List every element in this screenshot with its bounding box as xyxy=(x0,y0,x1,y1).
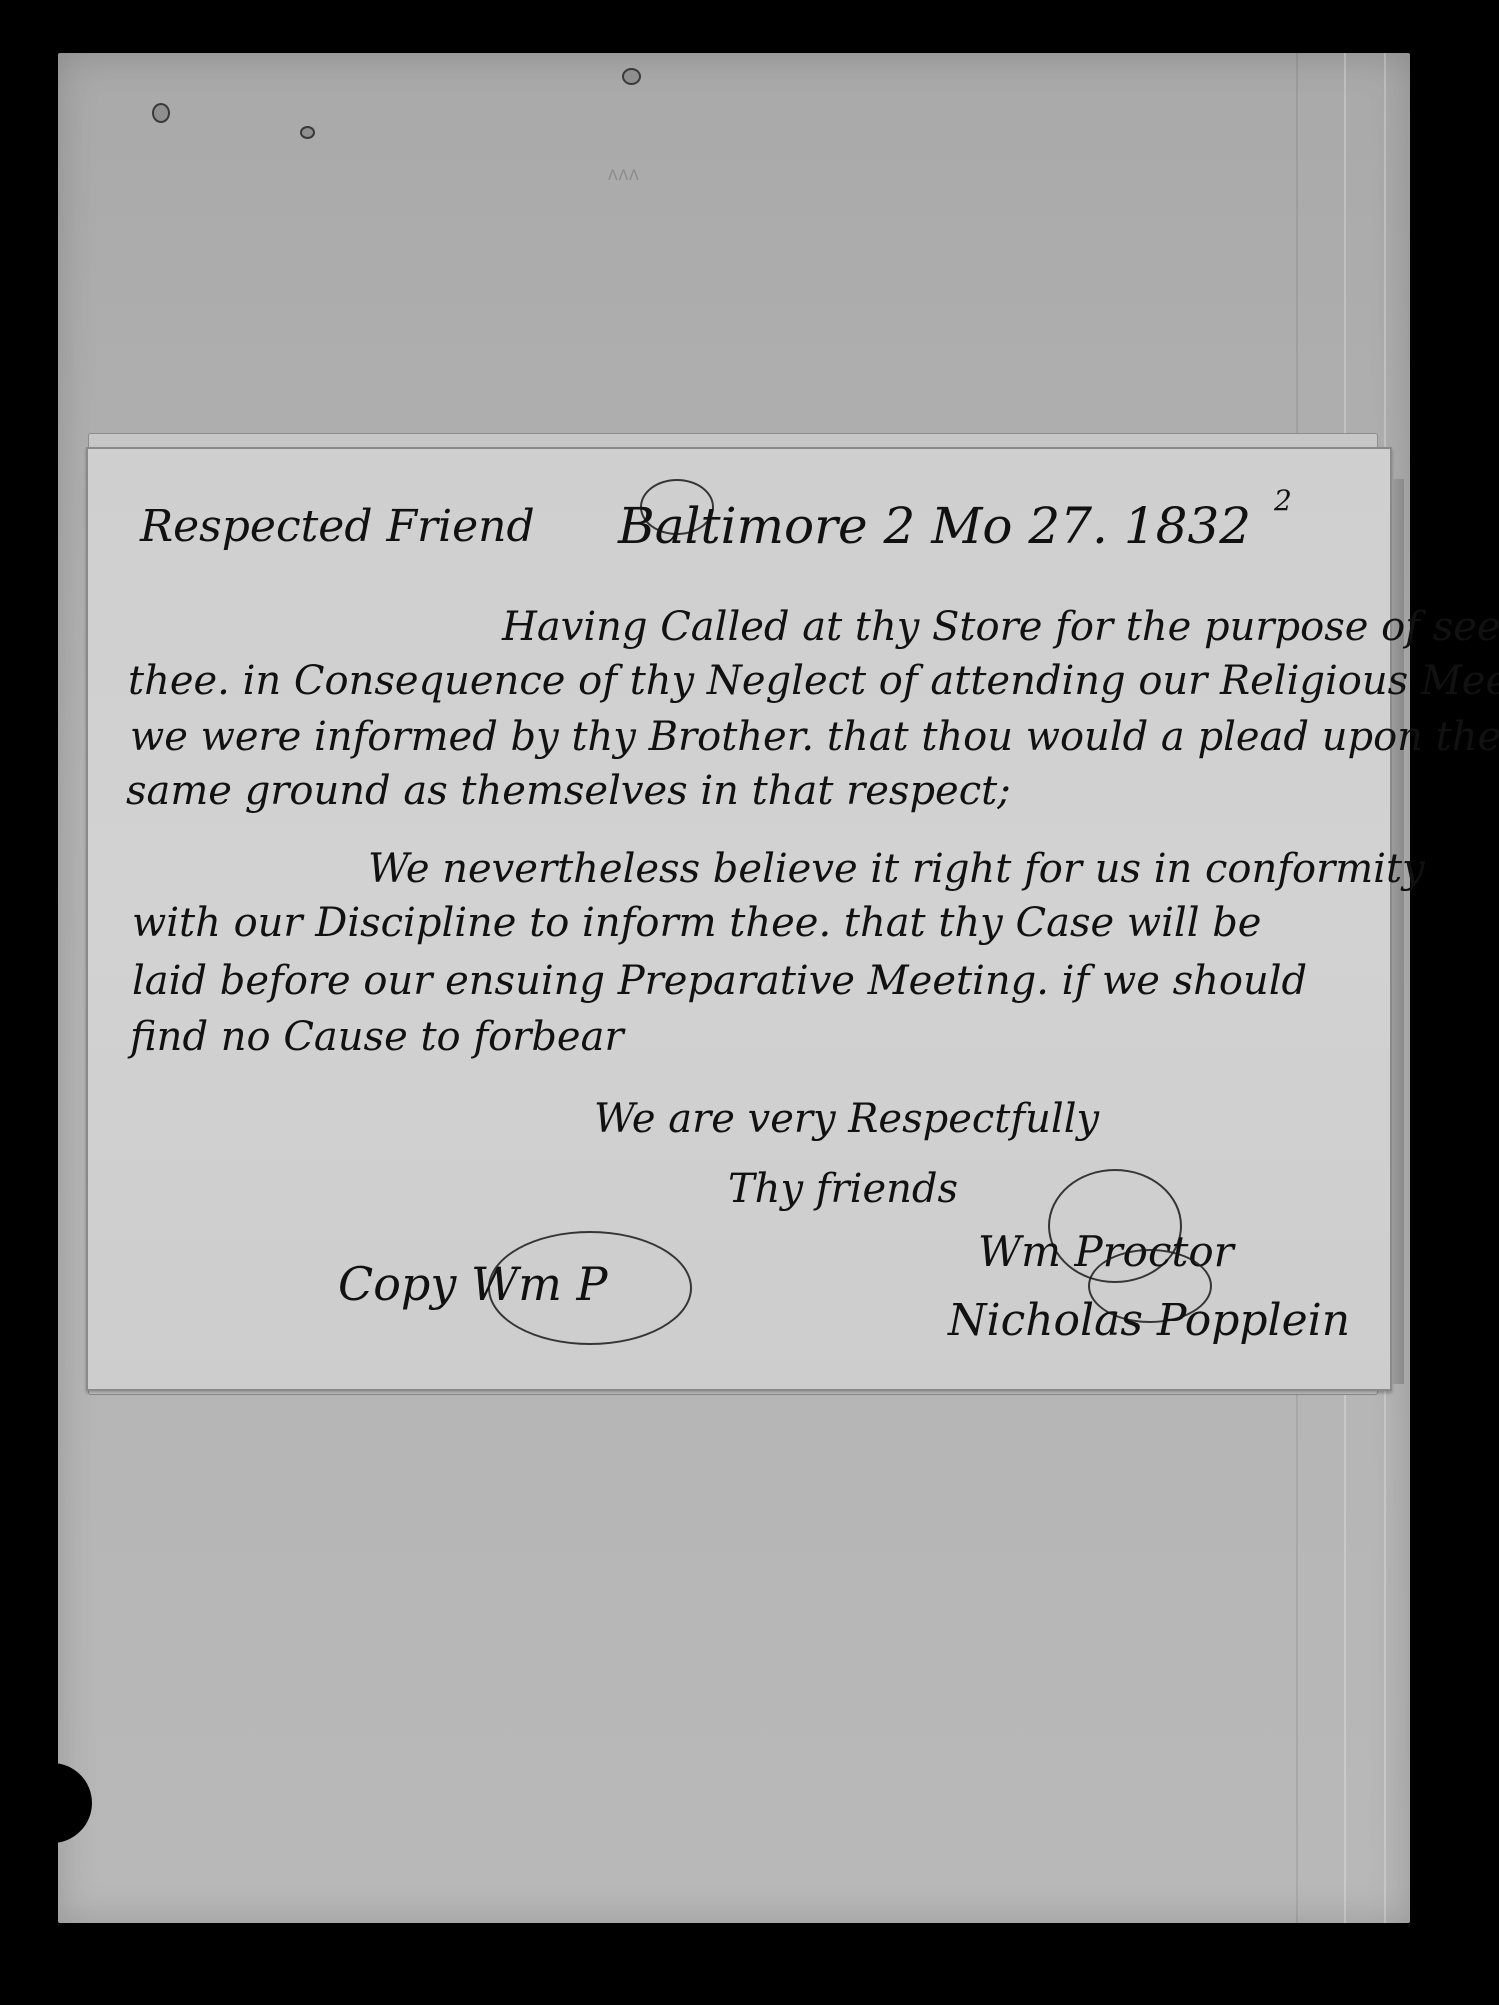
letter-page: 2 Respected Friend Baltimore 2 Mo 27. 18… xyxy=(86,447,1392,1391)
torn-corner-notch xyxy=(52,1763,92,1843)
signoff-line: Thy friends xyxy=(728,1169,958,1209)
body-line: We nevertheless believe it right for us … xyxy=(368,849,1425,889)
closing-line: We are very Respectfully xyxy=(594,1099,1099,1139)
body-line: thee. in Consequence of thy Neglect of a… xyxy=(128,661,1499,701)
page-number-mark: 2 xyxy=(1274,487,1292,515)
body-line: same ground as themselves in that respec… xyxy=(126,771,1011,811)
place-date-line: Baltimore 2 Mo 27. 1832 xyxy=(618,501,1251,551)
binding-hole-icon xyxy=(152,103,170,123)
body-line: find no Cause to forbear xyxy=(130,1017,624,1057)
binding-hole-icon xyxy=(622,68,641,85)
signature-nicholas-popplein: Nicholas Popplein xyxy=(948,1299,1350,1343)
body-line: with our Discipline to inform thee. that… xyxy=(132,903,1261,943)
faint-stamp-mark: ΛΛΛ xyxy=(608,168,640,184)
body-line: we were informed by thy Brother. that th… xyxy=(130,717,1499,757)
body-line: Having Called at thy Store for the purpo… xyxy=(502,607,1499,647)
body-line: laid before our ensuing Preparative Meet… xyxy=(132,961,1307,1001)
binding-hole-icon xyxy=(300,126,315,139)
copy-annotation: Copy Wm P xyxy=(338,1261,607,1307)
salutation: Respected Friend xyxy=(140,505,535,549)
